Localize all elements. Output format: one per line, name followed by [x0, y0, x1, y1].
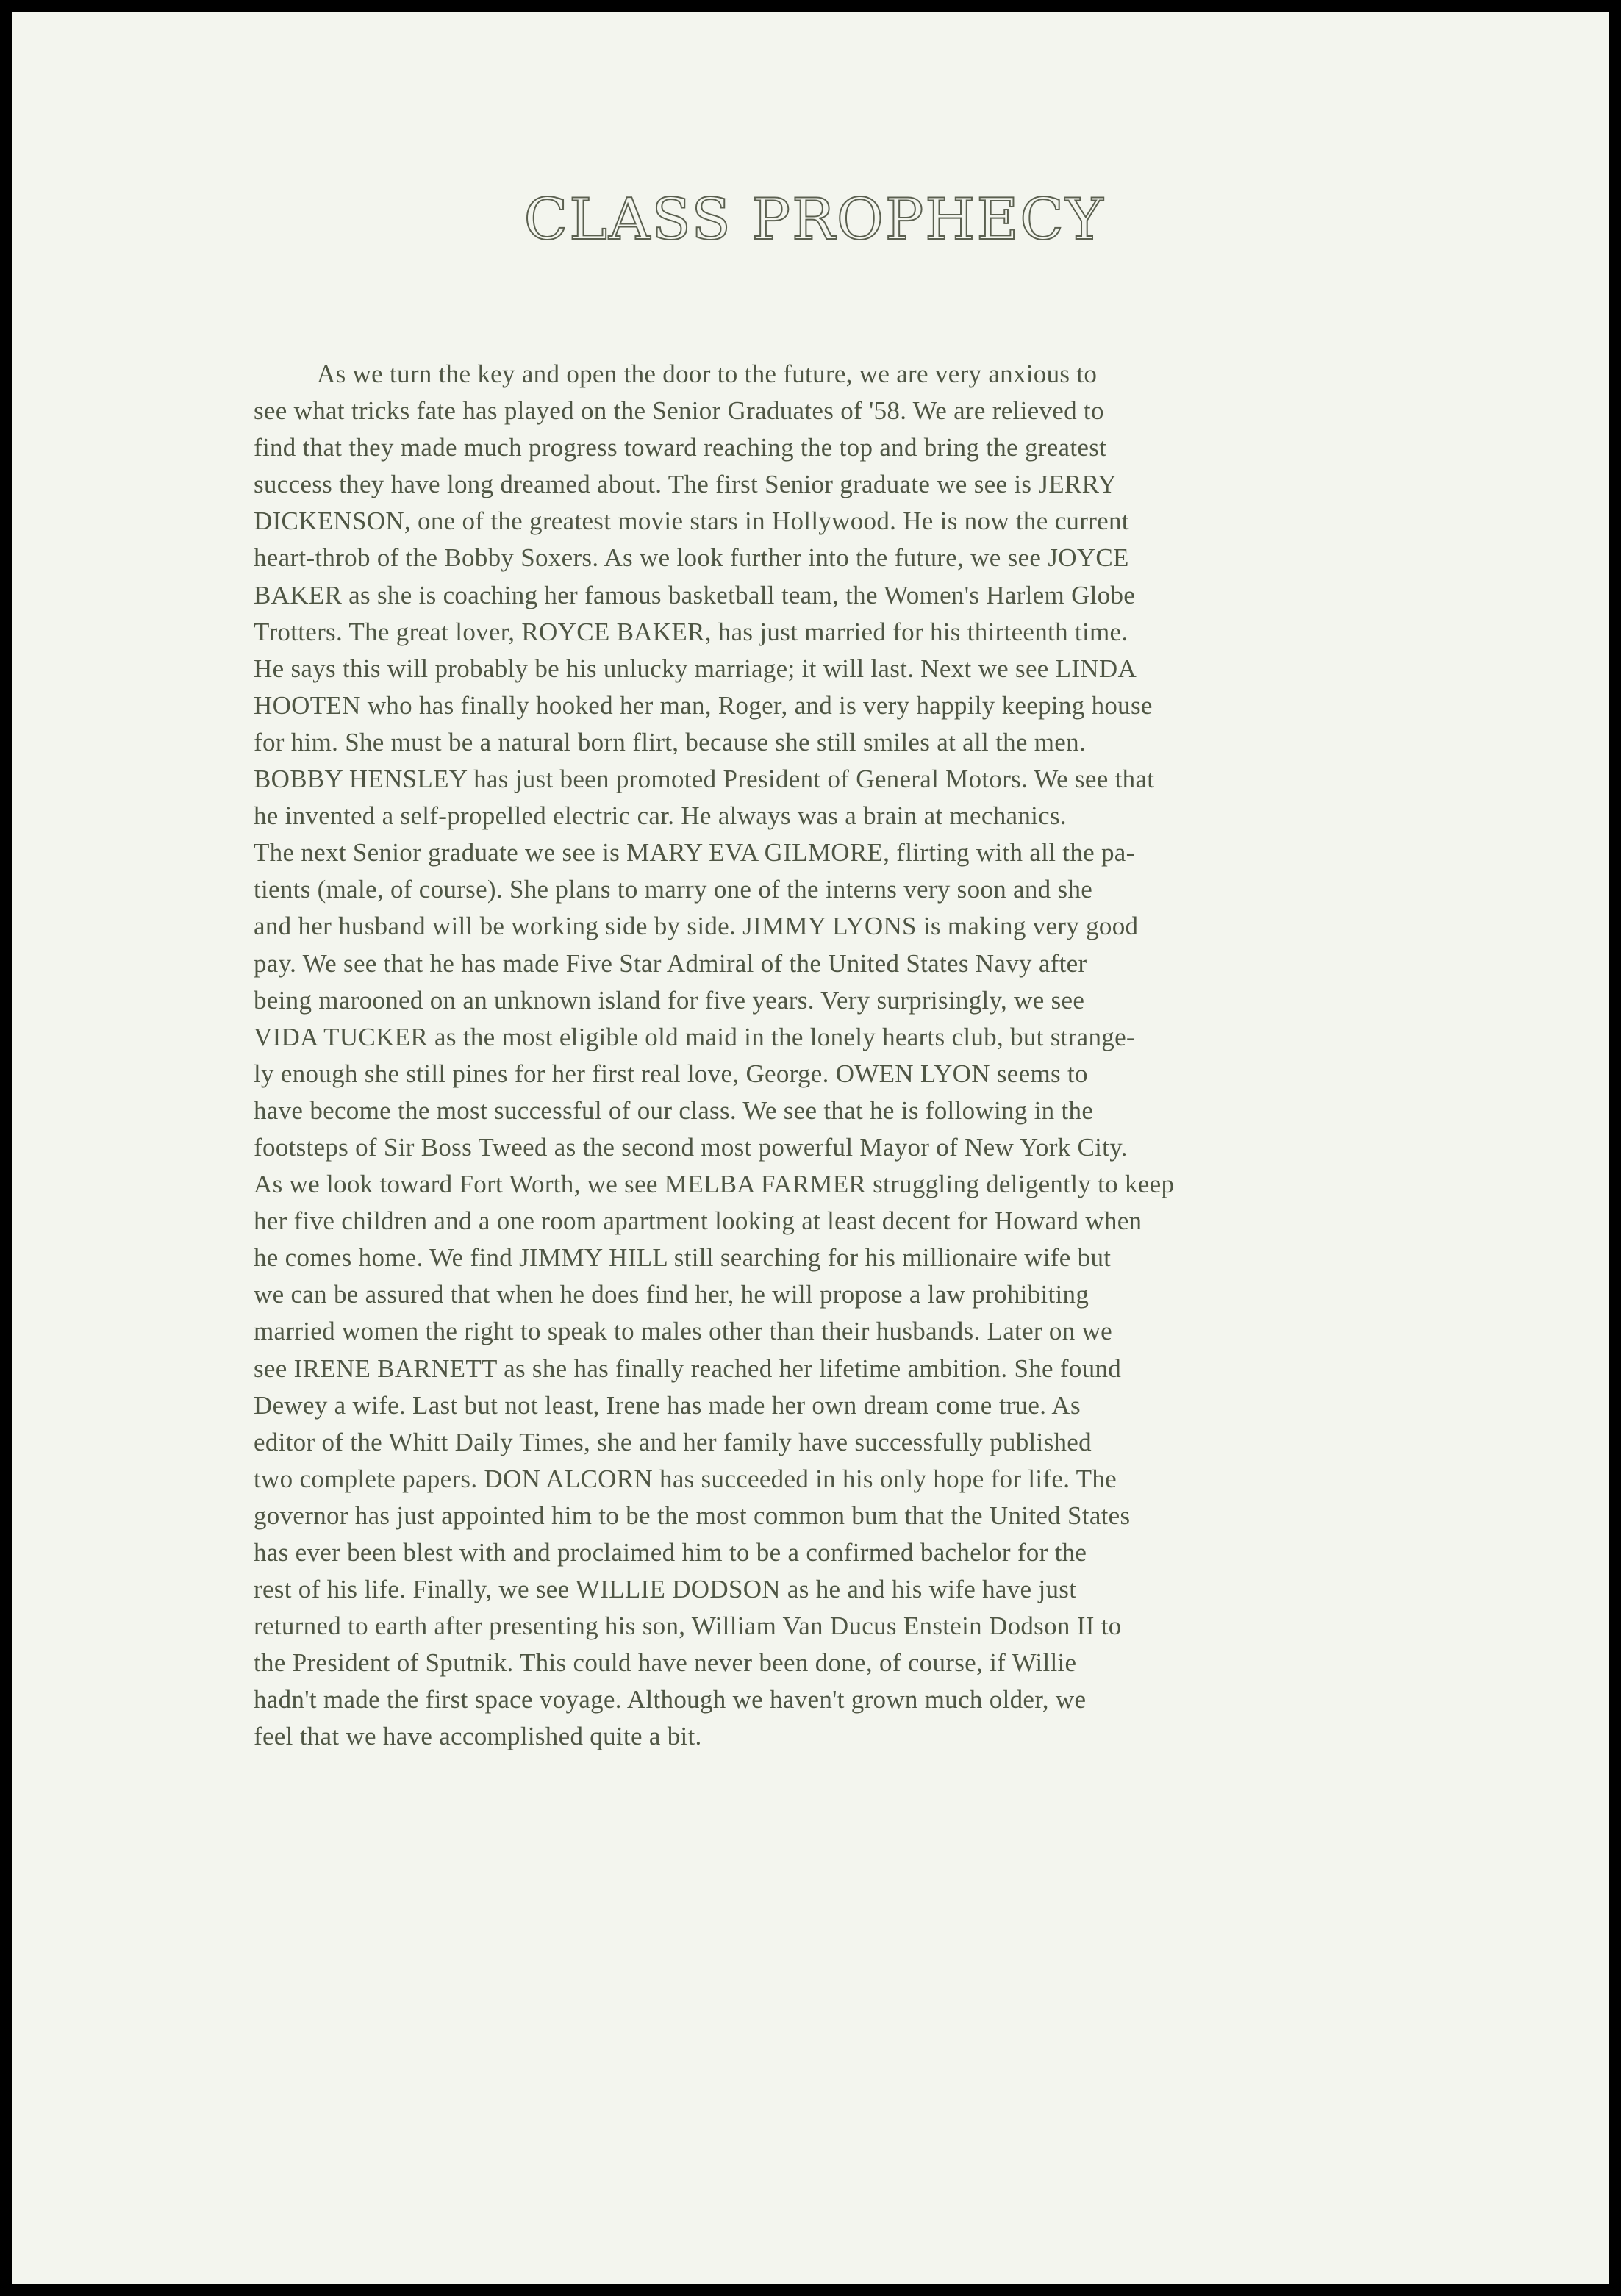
text-line: tients (male, of course). She plans to m… — [254, 871, 1356, 908]
text-line: pay. We see that he has made Five Star A… — [254, 945, 1356, 982]
text-line: BAKER as she is coaching her famous bask… — [254, 577, 1356, 614]
text-line: ly enough she still pines for her first … — [254, 1056, 1356, 1092]
text-line: have become the most successful of our c… — [254, 1092, 1356, 1129]
text-line: returned to earth after presenting his s… — [254, 1608, 1356, 1645]
text-line: success they have long dreamed about. Th… — [254, 466, 1356, 503]
text-line: As we look toward Fort Worth, we see MEL… — [254, 1166, 1356, 1203]
text-line: The next Senior graduate we see is MARY … — [254, 834, 1356, 871]
text-line: governor has just appointed him to be th… — [254, 1498, 1356, 1534]
text-line: and her husband will be working side by … — [254, 908, 1356, 945]
text-line: Trotters. The great lover, ROYCE BAKER, … — [254, 614, 1356, 651]
text-line: As we turn the key and open the door to … — [254, 356, 1356, 393]
text-line: editor of the Whitt Daily Times, she and… — [254, 1424, 1356, 1461]
text-line: her five children and a one room apartme… — [254, 1203, 1356, 1240]
text-line: feel that we have accomplished quite a b… — [254, 1718, 1356, 1755]
text-line: being marooned on an unknown island for … — [254, 982, 1356, 1019]
text-line: BOBBY HENSLEY has just been promoted Pre… — [254, 761, 1356, 798]
text-line: he invented a self-propelled electric ca… — [254, 798, 1356, 834]
text-line: HOOTEN who has finally hooked her man, R… — [254, 687, 1356, 724]
text-line: two complete papers. DON ALCORN has succ… — [254, 1461, 1356, 1498]
text-line: VIDA TUCKER as the most eligible old mai… — [254, 1019, 1356, 1056]
text-line: has ever been blest with and proclaimed … — [254, 1534, 1356, 1571]
text-line: see IRENE BARNETT as she has finally rea… — [254, 1351, 1356, 1387]
text-line: he comes home. We find JIMMY HILL still … — [254, 1240, 1356, 1276]
text-line: see what tricks fate has played on the S… — [254, 393, 1356, 429]
text-line: Dewey a wife. Last but not least, Irene … — [254, 1387, 1356, 1424]
text-line: heart-throb of the Bobby Soxers. As we l… — [254, 540, 1356, 576]
text-line: hadn't made the first space voyage. Alth… — [254, 1681, 1356, 1718]
text-line: married women the right to speak to male… — [254, 1313, 1356, 1350]
page-title: CLASS PROPHECY — [12, 187, 1609, 253]
prophecy-paragraph: As we turn the key and open the door to … — [254, 356, 1356, 1756]
text-line: rest of his life. Finally, we see WILLIE… — [254, 1571, 1356, 1608]
text-line: He says this will probably be his unluck… — [254, 651, 1356, 687]
text-line: for him. She must be a natural born flir… — [254, 724, 1356, 761]
text-line: we can be assured that when he does find… — [254, 1276, 1356, 1313]
text-line: find that they made much progress toward… — [254, 429, 1356, 466]
scanned-page: CLASS PROPHECY As we turn the key and op… — [12, 12, 1609, 2284]
text-line: the President of Sputnik. This could hav… — [254, 1645, 1356, 1681]
text-line: footsteps of Sir Boss Tweed as the secon… — [254, 1129, 1356, 1166]
text-line: DICKENSON, one of the greatest movie sta… — [254, 503, 1356, 540]
